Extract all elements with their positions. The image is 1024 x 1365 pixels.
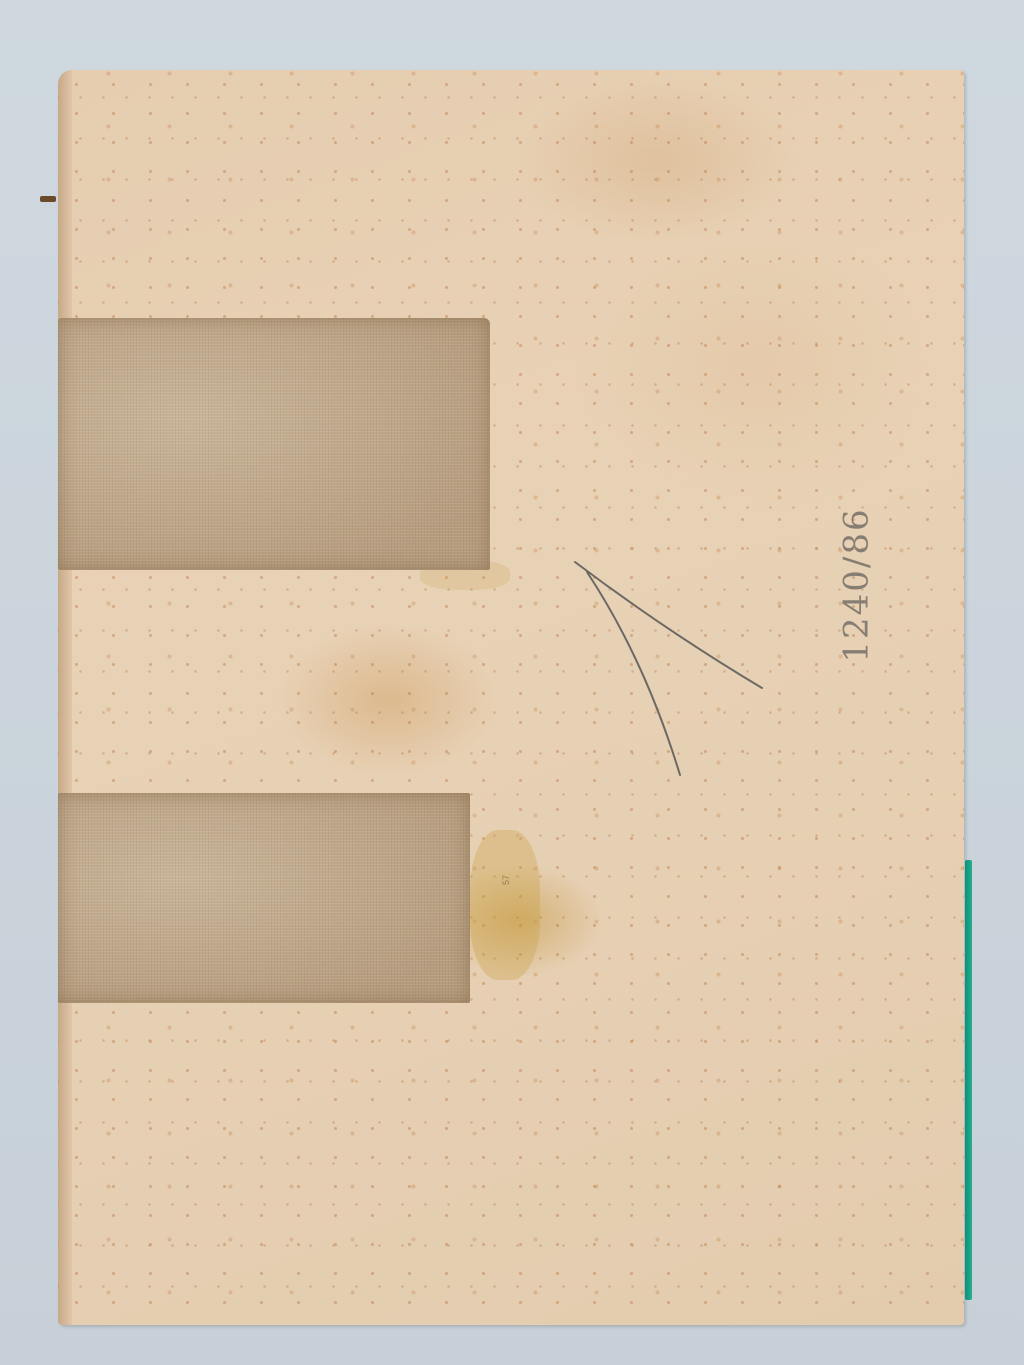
foxing-spots bbox=[58, 70, 964, 1325]
binding-thread bbox=[40, 196, 56, 202]
green-page-edge bbox=[965, 860, 972, 1300]
pencil-mark-icon bbox=[565, 550, 775, 780]
faint-stamp: 57 bbox=[486, 850, 526, 910]
handwritten-number: 1240/86 bbox=[812, 480, 902, 690]
handwritten-number-text: 1240/86 bbox=[837, 507, 877, 662]
linen-patch-bottom bbox=[58, 793, 470, 1003]
stamp-text: 57 bbox=[501, 875, 511, 885]
book-cover bbox=[58, 70, 964, 1325]
linen-patch-top bbox=[58, 318, 490, 570]
